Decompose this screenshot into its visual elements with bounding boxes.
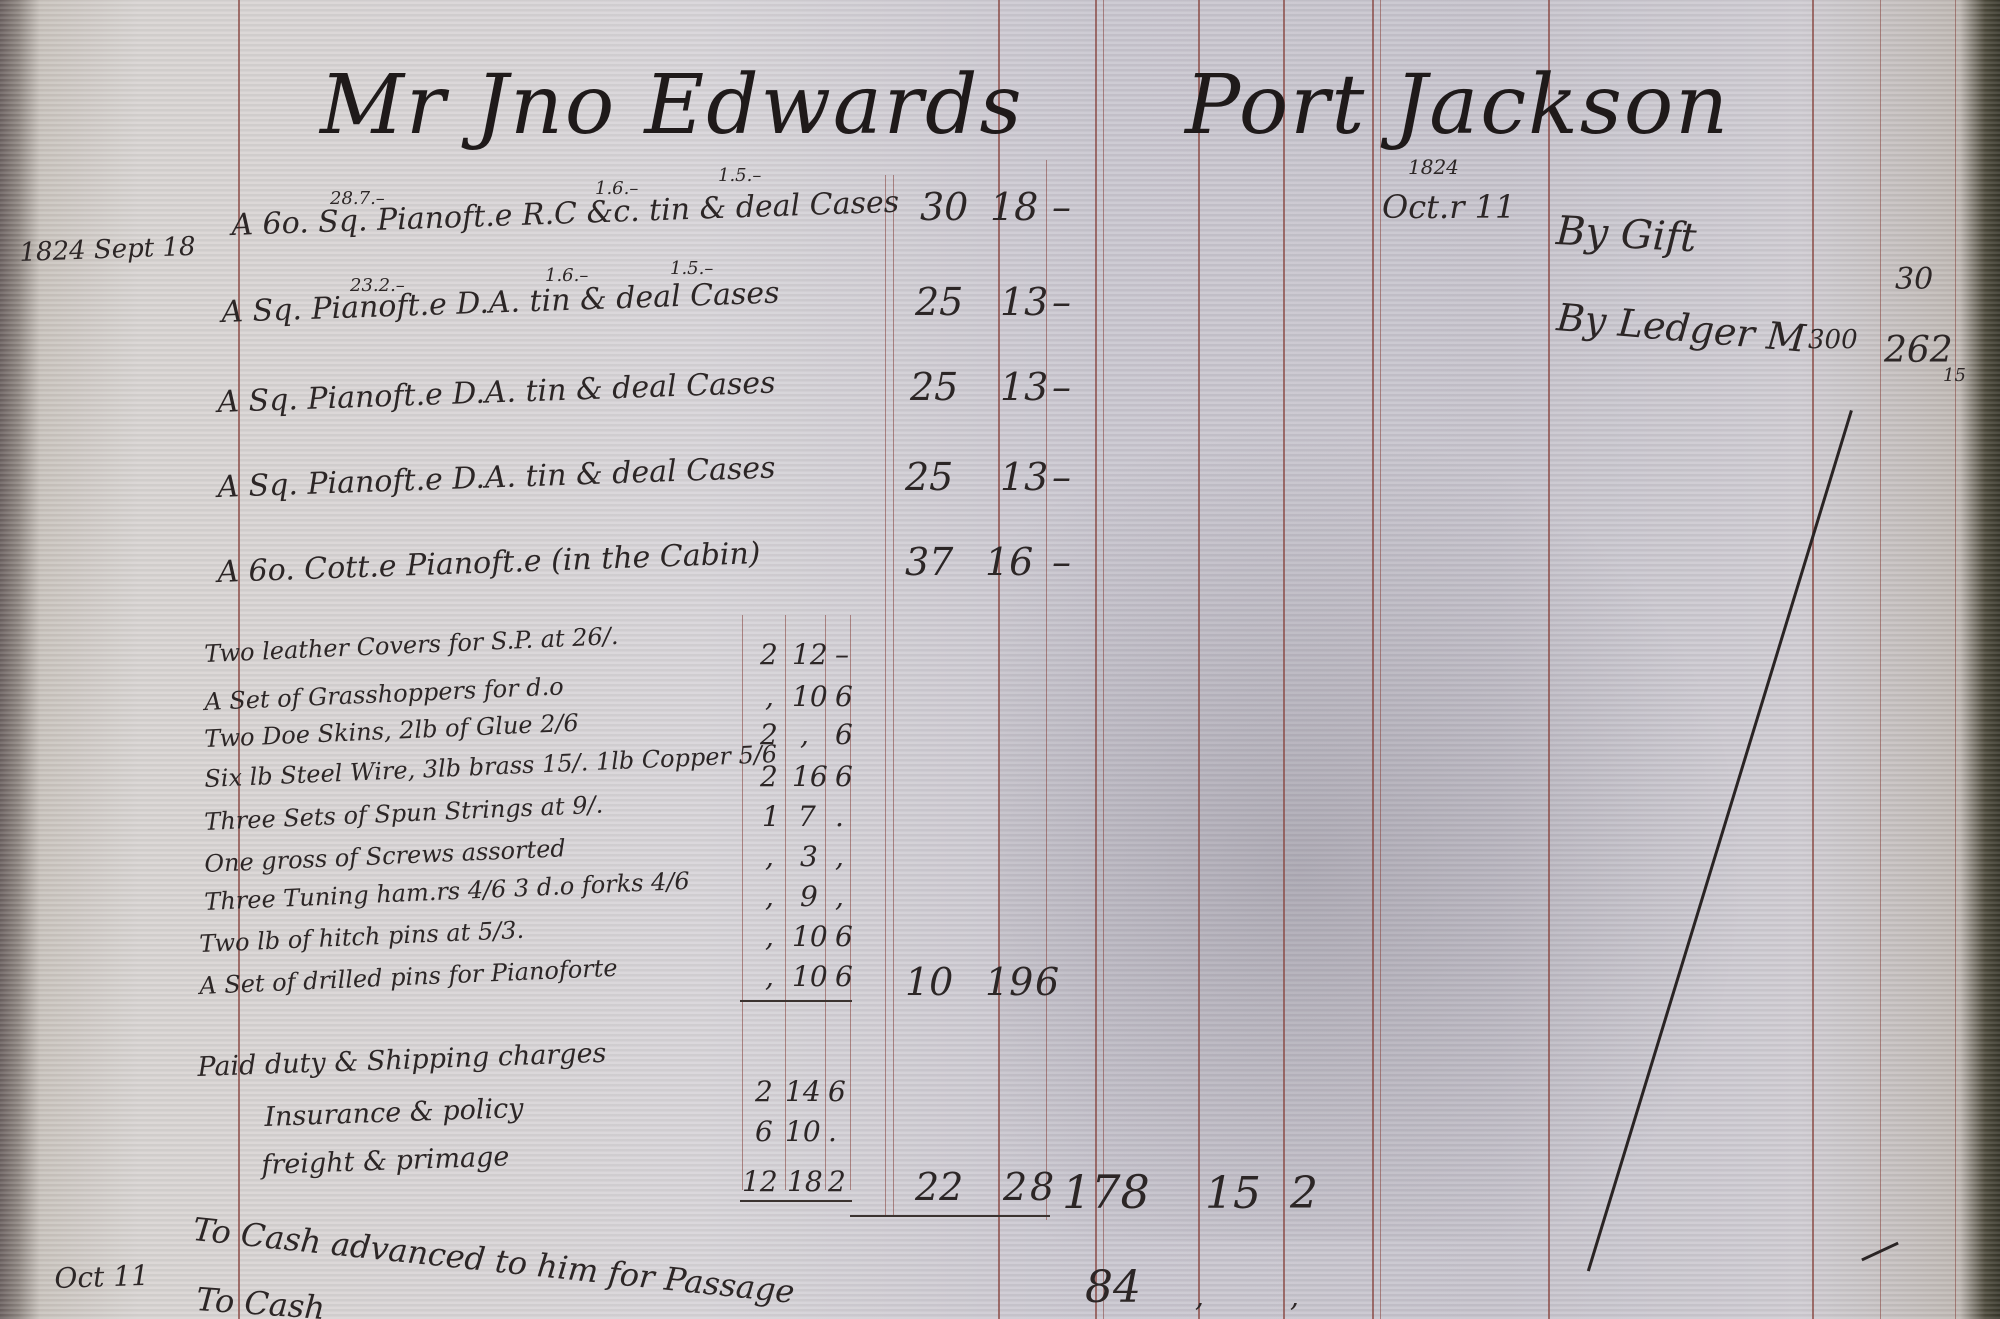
superscript-2c: 1.5.– bbox=[670, 258, 713, 279]
debit-pence-1: – bbox=[1052, 185, 1071, 229]
debit-entry-5: A 6o. Cott.e Pianoft.e (in the Cabin) bbox=[217, 536, 761, 590]
sundry-d-5: . bbox=[835, 800, 844, 833]
charges-total-underline bbox=[850, 1215, 1050, 1217]
charge-l-2: 6 bbox=[755, 1115, 773, 1148]
money-rule-1 bbox=[1095, 0, 1097, 1319]
inner-rule-a bbox=[885, 175, 886, 1215]
debit-pence-3: – bbox=[1052, 365, 1071, 409]
sundry-l-9: , bbox=[765, 960, 774, 993]
debit-pence-4: – bbox=[1052, 455, 1071, 499]
charge-s-2: 10 bbox=[785, 1115, 821, 1148]
grand-total-pounds: 178 bbox=[1062, 1165, 1150, 1219]
debit-shillings-2: 13 bbox=[1000, 280, 1048, 324]
money-rule-2 bbox=[1103, 0, 1104, 1319]
credit-pounds-gift: 30 bbox=[1895, 262, 1933, 297]
credit-desc-rule bbox=[1548, 0, 1550, 1319]
grand-total-shillings: 15 bbox=[1205, 1168, 1261, 1219]
credit-folio-rule bbox=[1812, 0, 1814, 1319]
sundry-d-8: 6 bbox=[835, 920, 853, 953]
charge-d-1: 6 bbox=[828, 1075, 846, 1108]
sundry-s-8: 10 bbox=[792, 920, 828, 953]
charge-d-2: . bbox=[828, 1115, 837, 1148]
debit-shillings-5: 16 bbox=[985, 540, 1033, 584]
sundry-s-1: 12 bbox=[792, 638, 828, 671]
cash-entry-to-cash: To Cash bbox=[195, 1280, 326, 1319]
debit-pounds-5: 37 bbox=[905, 540, 953, 584]
sundries-total-shillings: 19 bbox=[985, 960, 1033, 1004]
credit-year: 1824 bbox=[1408, 155, 1459, 179]
sundry-d-2: 6 bbox=[835, 680, 853, 713]
sundries-rule-a bbox=[742, 615, 743, 1190]
sundry-l-2: , bbox=[765, 680, 774, 713]
cash-date-oct: Oct 11 bbox=[54, 1259, 150, 1295]
charge-item-insurance: Insurance & policy bbox=[264, 1093, 524, 1133]
credit-pounds-rule bbox=[1880, 0, 1881, 1319]
credit-date-rule bbox=[1372, 0, 1374, 1319]
sundry-l-7: , bbox=[765, 880, 774, 913]
debit-pounds-2: 25 bbox=[915, 280, 963, 324]
sundry-item-3: Two Doe Skins, 2lb of Glue 2/6 bbox=[204, 709, 580, 753]
water-stain bbox=[1000, 420, 1750, 1240]
sundry-l-6: , bbox=[765, 840, 774, 873]
cash-shillings: , bbox=[1195, 1280, 1204, 1313]
debit-entry-2: A Sq. Pianoft.e D.A. tin & deal Cases bbox=[221, 276, 780, 330]
debit-entry-3: A Sq. Pianoft.e D.A. tin & deal Cases bbox=[217, 366, 776, 420]
sundry-s-3: , bbox=[800, 718, 809, 751]
inner-rule-b bbox=[893, 175, 894, 1215]
debit-shillings-3: 13 bbox=[1000, 365, 1048, 409]
charge-l-1: 2 bbox=[755, 1075, 773, 1108]
account-place: Port Jackson bbox=[1185, 58, 1730, 153]
sundry-d-1: – bbox=[835, 638, 849, 671]
sundry-item-8: Two lb of hitch pins at 5/3. bbox=[199, 916, 525, 958]
sundry-item-2: A Set of Grasshoppers for d.o bbox=[204, 672, 564, 716]
sundry-d-9: 6 bbox=[835, 960, 853, 993]
charges-subtotal-s: 18 bbox=[787, 1165, 823, 1198]
sundry-s-7: 9 bbox=[800, 880, 818, 913]
sundry-d-7: , bbox=[835, 880, 844, 913]
money-rule-3 bbox=[1198, 0, 1200, 1319]
sundry-l-8: , bbox=[765, 920, 774, 953]
sundry-item-9: A Set of drilled pins for Pianoforte bbox=[199, 954, 618, 1000]
sundry-item-1: Two leather Covers for S.P. at 26/. bbox=[204, 622, 619, 668]
cash-pounds: 84 bbox=[1085, 1262, 1141, 1313]
charge-item-freight: freight & primage bbox=[261, 1141, 510, 1181]
grand-total-pence: 2 bbox=[1290, 1168, 1318, 1219]
sundry-s-2: 10 bbox=[792, 680, 828, 713]
charges-subtotal-l: 12 bbox=[742, 1165, 778, 1198]
account-name: Mr Jno Edwards bbox=[320, 58, 1024, 153]
debit-entry-4: A Sq. Pianoft.e D.A. tin & deal Cases bbox=[217, 451, 776, 505]
sundry-d-3: 6 bbox=[835, 718, 853, 751]
sundry-d-4: 6 bbox=[835, 760, 853, 793]
credit-entry-ledger: By Ledger M bbox=[1555, 295, 1807, 361]
credit-date-1: Oct.r 11 bbox=[1382, 188, 1515, 226]
sundry-s-4: 16 bbox=[792, 760, 828, 793]
charges-subtotal-d: 2 bbox=[828, 1165, 846, 1198]
sundry-s-5: 7 bbox=[798, 800, 816, 833]
charges-total-pence: 8 bbox=[1030, 1165, 1054, 1209]
credit-entry-gift: By Gift bbox=[1555, 208, 1698, 261]
charges-total-pounds: 22 bbox=[915, 1165, 963, 1209]
debit-pounds-1: 30 bbox=[920, 185, 968, 229]
charges-heading: Paid duty & Shipping charges bbox=[197, 1038, 607, 1083]
superscript-1c: 1.5.– bbox=[718, 165, 761, 186]
sundry-item-6: One gross of Screws assorted bbox=[204, 834, 566, 878]
charges-underline bbox=[740, 1200, 852, 1202]
sundries-total-pounds: 10 bbox=[905, 960, 953, 1004]
charge-s-1: 14 bbox=[785, 1075, 821, 1108]
sundry-l-4: 2 bbox=[760, 760, 778, 793]
sundry-l-5: 1 bbox=[762, 800, 780, 833]
debit-pounds-3: 25 bbox=[910, 365, 958, 409]
debit-pence-5: – bbox=[1052, 540, 1071, 584]
sundry-l-1: 2 bbox=[760, 638, 778, 671]
credit-shillings-ledger: 15 bbox=[1943, 365, 1966, 386]
sundry-s-9: 10 bbox=[792, 960, 828, 993]
sundries-total-pence: 6 bbox=[1035, 960, 1059, 1004]
money-rule-4 bbox=[1283, 0, 1285, 1319]
sundry-d-6: , bbox=[835, 840, 844, 873]
credit-date-rule-2 bbox=[1380, 0, 1381, 1319]
charges-total-shillings: 2 bbox=[1003, 1165, 1027, 1209]
debit-date-1: 1824 Sept 18 bbox=[19, 232, 196, 268]
debit-shillings-1: 18 bbox=[990, 185, 1038, 229]
debit-pounds-4: 25 bbox=[905, 455, 953, 499]
credit-folio-ledger: 300 bbox=[1808, 325, 1858, 355]
debit-shillings-4: 13 bbox=[1000, 455, 1048, 499]
cash-pence: , bbox=[1290, 1280, 1299, 1313]
sundries-underline bbox=[740, 1000, 852, 1002]
credit-edge-rule bbox=[1955, 0, 1956, 1319]
debit-pence-2: – bbox=[1052, 280, 1071, 324]
sundry-item-5: Three Sets of Spun Strings at 9/. bbox=[204, 791, 604, 836]
sundry-s-6: 3 bbox=[800, 840, 818, 873]
